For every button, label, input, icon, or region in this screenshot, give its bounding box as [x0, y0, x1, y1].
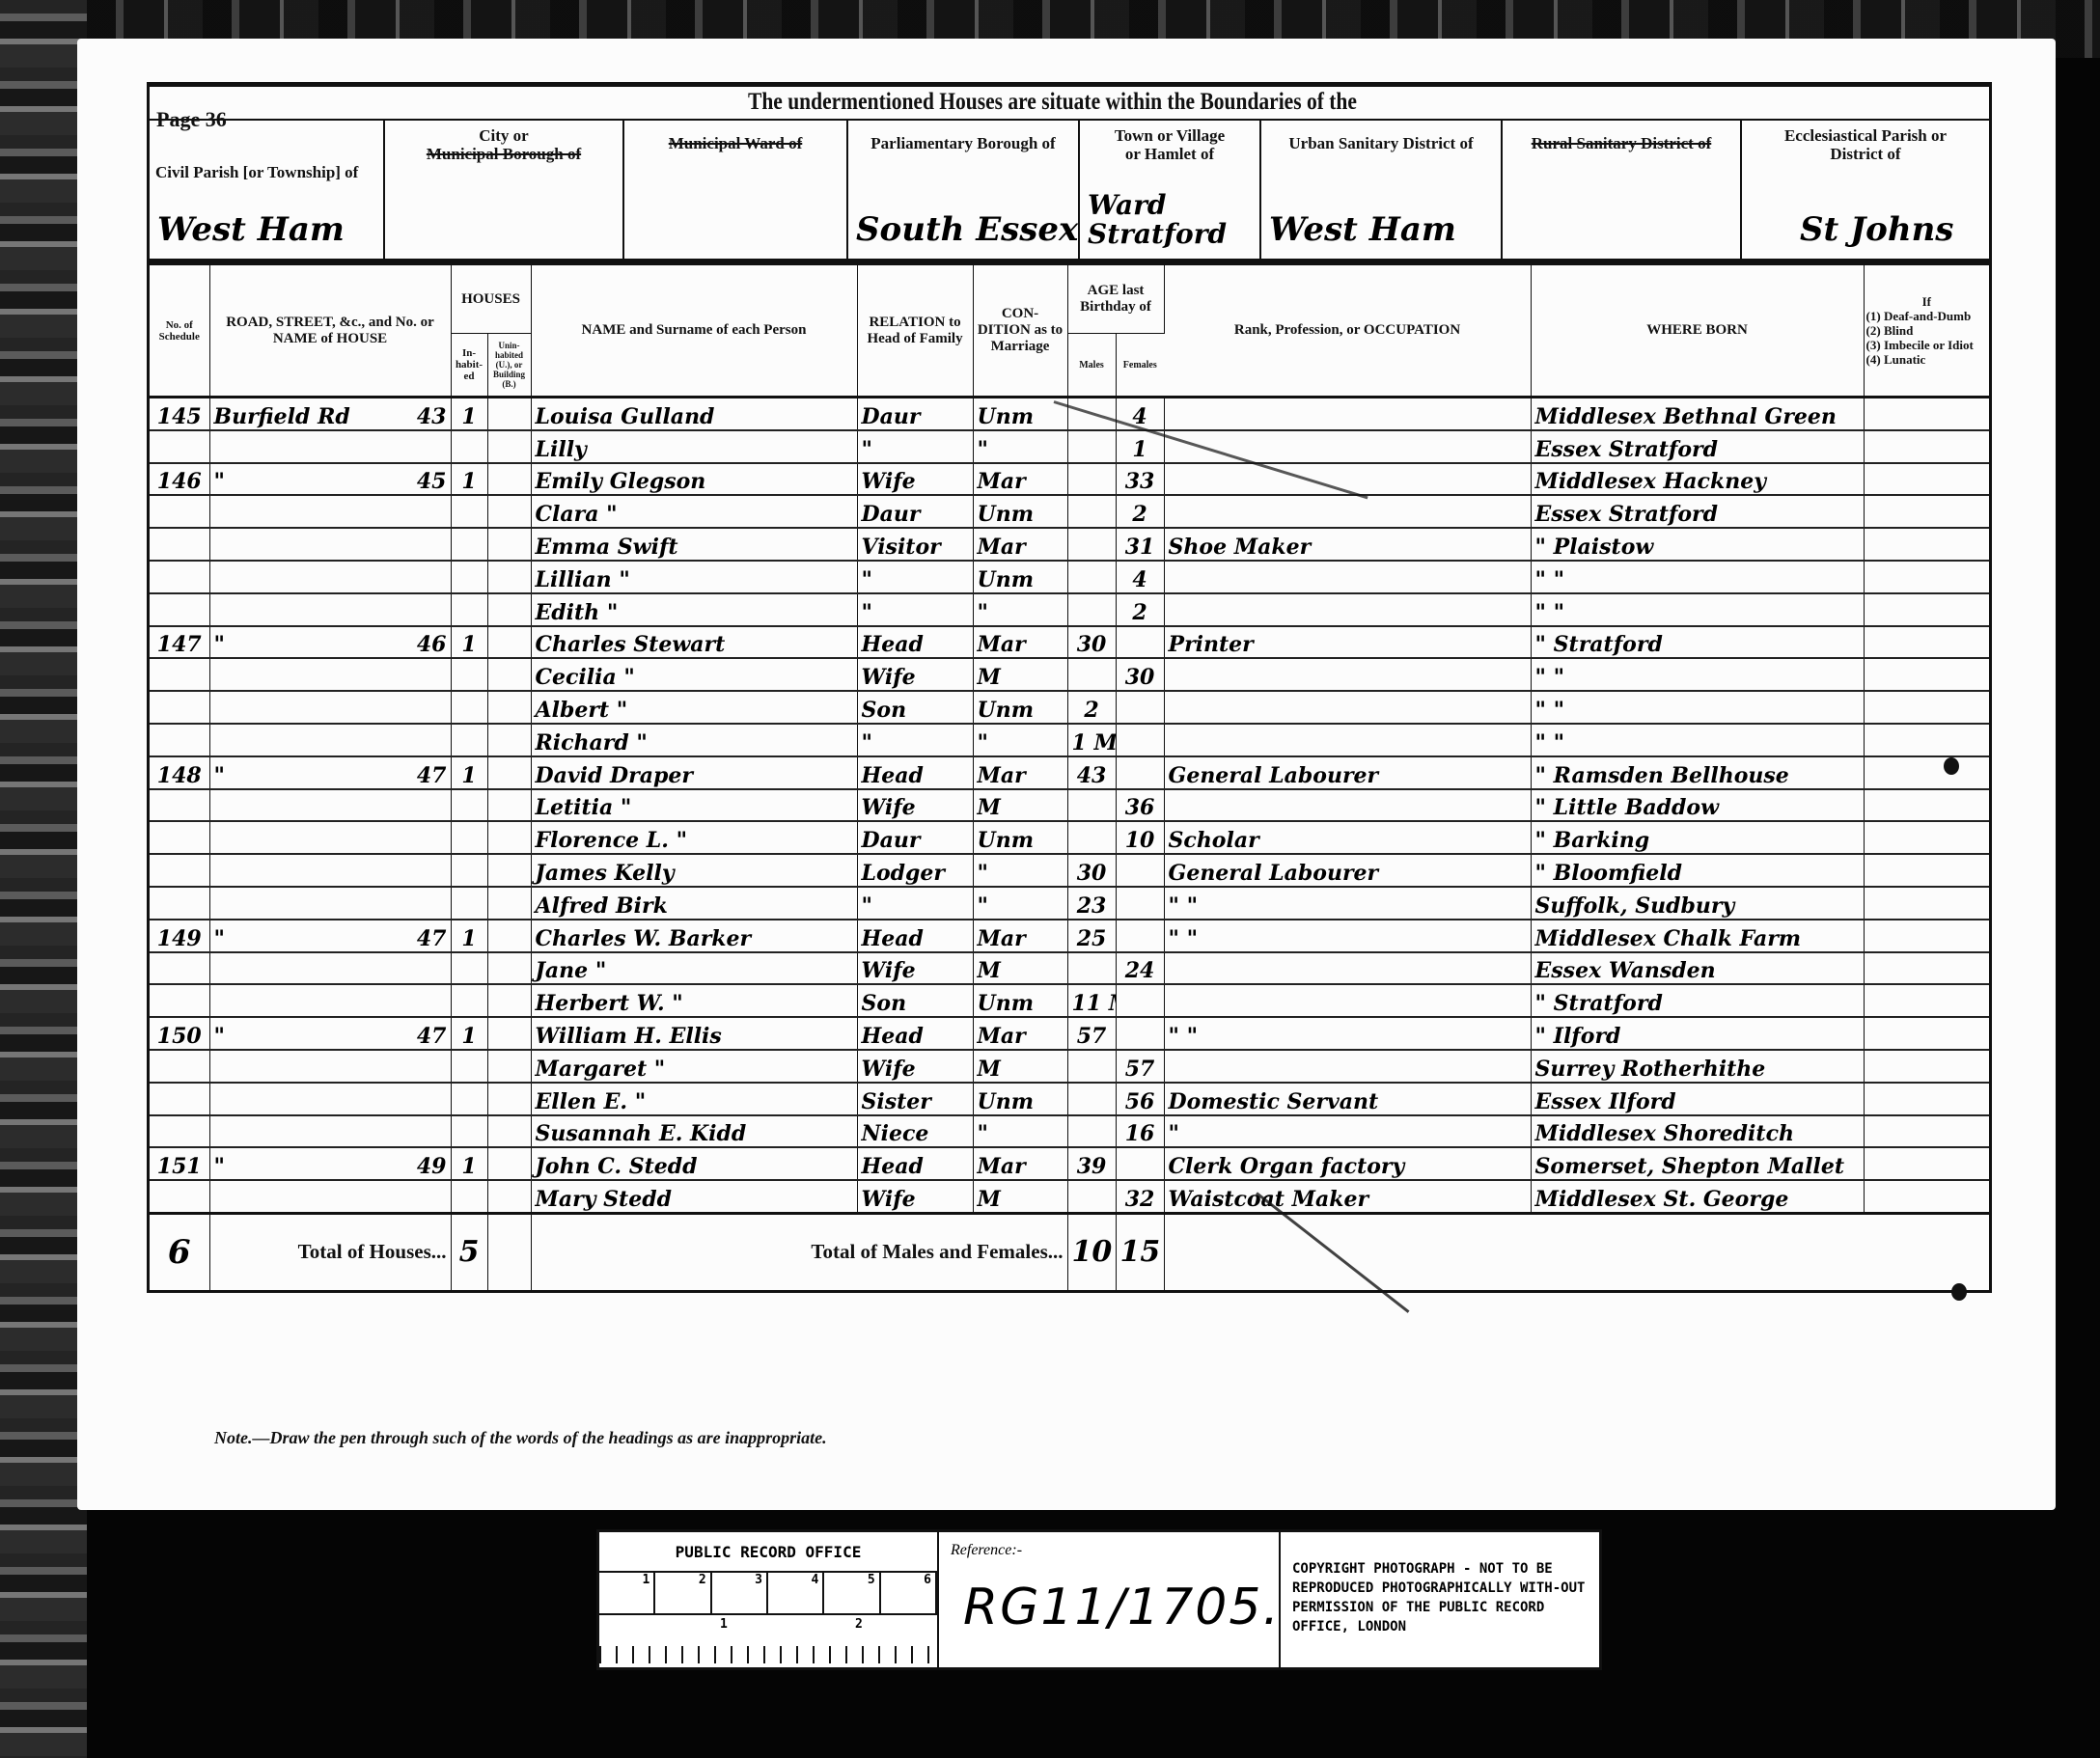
- female-age-cell: 10: [1116, 821, 1164, 854]
- road-name: ": [214, 632, 225, 657]
- male-age-cell: 30: [1067, 854, 1116, 887]
- where-born-cell: " Plaistow: [1531, 528, 1864, 561]
- medical-cell: [1864, 1147, 1989, 1180]
- uninhabited-cell: [487, 821, 531, 854]
- person-name-cell: Emma Swift: [531, 528, 857, 561]
- schedule-no-cell: [150, 952, 209, 985]
- schedule-no-cell: [150, 658, 209, 691]
- female-age-cell: 36: [1116, 789, 1164, 822]
- condition-cell: ": [973, 724, 1067, 756]
- urban-sanitary-value: West Ham: [1269, 210, 1456, 249]
- female-age-cell: [1116, 1147, 1164, 1180]
- schedule-no-cell: [150, 528, 209, 561]
- col-where-born: WHERE BORN: [1531, 265, 1864, 398]
- inhabited-cell: 1: [451, 463, 487, 496]
- uninhabited-cell: [487, 756, 531, 789]
- schedule-no-cell: [150, 430, 209, 463]
- uninhabited-cell: [487, 1147, 531, 1180]
- col-name: NAME and Surname of each Person: [531, 265, 857, 398]
- relation-cell: Wife: [857, 952, 973, 985]
- relation-cell: Visitor: [857, 528, 973, 561]
- boundaries-row: Civil Parish [or Township] of West Ham C…: [147, 119, 1992, 261]
- road-cell: [209, 430, 451, 463]
- schedule-no-cell: [150, 724, 209, 756]
- road-name: ": [214, 763, 225, 788]
- occupation-cell: " ": [1164, 1017, 1531, 1050]
- relation-cell: Niece: [857, 1115, 973, 1148]
- inhabited-cell: 1: [451, 398, 487, 430]
- where-born-cell: " ": [1531, 691, 1864, 724]
- occupation-cell: [1164, 561, 1531, 593]
- table-row: James KellyLodger"30General Labourer" Bl…: [150, 854, 1989, 887]
- medical-cell: [1864, 1017, 1989, 1050]
- inhabited-cell: [451, 495, 487, 528]
- inhabited-cell: [451, 821, 487, 854]
- where-born-cell: " ": [1531, 561, 1864, 593]
- person-name-cell: Mary Stedd: [531, 1180, 857, 1213]
- table-row: 148"471David DraperHeadMar43General Labo…: [150, 756, 1989, 789]
- where-born-cell: Surrey Rotherhithe: [1531, 1050, 1864, 1083]
- male-age-cell: [1067, 1083, 1116, 1115]
- where-born-cell: " Ilford: [1531, 1017, 1864, 1050]
- female-age-cell: [1116, 756, 1164, 789]
- road-cell: [209, 593, 451, 626]
- schedule-no-cell: [150, 561, 209, 593]
- occupation-cell: Shoe Maker: [1164, 528, 1531, 561]
- table-row: 145Burfield Rd431Louisa GullandDaurUnm4M…: [150, 398, 1989, 430]
- person-name-cell: James Kelly: [531, 854, 857, 887]
- uninhabited-cell: [487, 691, 531, 724]
- male-age-cell: [1067, 1115, 1116, 1148]
- person-name-cell: Clara ": [531, 495, 857, 528]
- condition-cell: Mar: [973, 528, 1067, 561]
- condition-cell: Mar: [973, 626, 1067, 659]
- urban-sanitary-cell: Urban Sanitary District of West Ham: [1261, 121, 1503, 259]
- where-born-cell: Middlesex Shoreditch: [1531, 1115, 1864, 1148]
- female-age-cell: 33: [1116, 463, 1164, 496]
- totals-row: 6 Total of Houses... 5 Total of Males an…: [150, 1213, 1989, 1290]
- occupation-cell: [1164, 658, 1531, 691]
- relation-cell: Head: [857, 1147, 973, 1180]
- condition-cell: ": [973, 430, 1067, 463]
- occupation-cell: [1164, 724, 1531, 756]
- medical-cell: [1864, 1180, 1989, 1213]
- person-name-cell: Ellen E. ": [531, 1083, 857, 1115]
- female-age-cell: 24: [1116, 952, 1164, 985]
- schedule-no-cell: [150, 887, 209, 920]
- city-label: City or: [385, 126, 622, 145]
- inhabited-cell: 1: [451, 626, 487, 659]
- medical-cell: [1864, 430, 1989, 463]
- relation-cell: Wife: [857, 1050, 973, 1083]
- female-age-cell: [1116, 691, 1164, 724]
- male-age-cell: 1 Mo: [1067, 724, 1116, 756]
- occupation-cell: [1164, 789, 1531, 822]
- where-born-cell: Suffolk, Sudbury: [1531, 887, 1864, 920]
- occupation-cell: Domestic Servant: [1164, 1083, 1531, 1115]
- female-age-cell: [1116, 887, 1164, 920]
- parliamentary-borough-value: South Essex: [856, 210, 1078, 249]
- rural-sanitary-cell: Rural Sanitary District of: [1503, 121, 1742, 259]
- medical-cell: [1864, 626, 1989, 659]
- uninhabited-cell: [487, 658, 531, 691]
- cm-scale: 1 2 3 4 5 6: [599, 1573, 937, 1615]
- condition-cell: Mar: [973, 1017, 1067, 1050]
- schedule-no-cell: [150, 1050, 209, 1083]
- road-cell: "46: [209, 626, 451, 659]
- medical-cell: [1864, 952, 1989, 985]
- uninhabited-cell: [487, 984, 531, 1017]
- road-cell: "45: [209, 463, 451, 496]
- schedule-no-cell: [150, 1115, 209, 1148]
- medical-cell: [1864, 1050, 1989, 1083]
- male-age-cell: [1067, 593, 1116, 626]
- female-age-cell: 57: [1116, 1050, 1164, 1083]
- town-village-value: Ward Stratford: [1088, 191, 1252, 249]
- condition-cell: ": [973, 854, 1067, 887]
- table-row: 150"471William H. EllisHeadMar57" "" Ilf…: [150, 1017, 1989, 1050]
- male-age-cell: 57: [1067, 1017, 1116, 1050]
- uninhabited-cell: [487, 398, 531, 430]
- uninhabited-cell: [487, 626, 531, 659]
- civil-parish-value: West Ham: [157, 210, 345, 249]
- male-age-cell: [1067, 821, 1116, 854]
- table-row: Jane "WifeM24Essex Wansden: [150, 952, 1989, 985]
- inhabited-cell: 1: [451, 1017, 487, 1050]
- uninhabited-cell: [487, 593, 531, 626]
- uninhabited-cell: [487, 854, 531, 887]
- inhabited-cell: [451, 984, 487, 1017]
- house-number: 47: [417, 763, 447, 788]
- road-name: Burfield Rd: [214, 404, 350, 429]
- inch-scale: 1 2: [599, 1615, 937, 1663]
- medical-cell: [1864, 658, 1989, 691]
- schedule-no-cell: 145: [150, 398, 209, 430]
- uninhabited-cell: [487, 463, 531, 496]
- where-born-cell: Essex Ilford: [1531, 1083, 1864, 1115]
- condition-cell: ": [973, 887, 1067, 920]
- total-schedules: 6: [150, 1213, 209, 1290]
- table-row: Edith """2" ": [150, 593, 1989, 626]
- female-age-cell: [1116, 626, 1164, 659]
- civil-parish-cell: Civil Parish [or Township] of West Ham: [150, 121, 385, 259]
- medical-cell: [1864, 756, 1989, 789]
- medical-cell: [1864, 398, 1989, 430]
- inhabited-cell: [451, 430, 487, 463]
- col-females: Females: [1116, 334, 1164, 398]
- female-age-cell: 56: [1116, 1083, 1164, 1115]
- where-born-cell: " Ramsden Bellhouse: [1531, 756, 1864, 789]
- where-born-cell: Somerset, Shepton Mallet: [1531, 1147, 1864, 1180]
- condition-cell: Mar: [973, 756, 1067, 789]
- road-name: ": [214, 1154, 225, 1179]
- schedule-no-cell: [150, 789, 209, 822]
- female-age-cell: 4: [1116, 398, 1164, 430]
- person-name-cell: Louisa Gulland: [531, 398, 857, 430]
- person-name-cell: Charles Stewart: [531, 626, 857, 659]
- person-name-cell: Florence L. ": [531, 821, 857, 854]
- female-age-cell: [1116, 1017, 1164, 1050]
- condition-cell: Unm: [973, 495, 1067, 528]
- schedule-no-cell: 148: [150, 756, 209, 789]
- person-name-cell: Susannah E. Kidd: [531, 1115, 857, 1148]
- table-row: Cecilia "WifeM30" ": [150, 658, 1989, 691]
- road-cell: "49: [209, 1147, 451, 1180]
- occupation-cell: General Labourer: [1164, 756, 1531, 789]
- occupation-cell: [1164, 430, 1531, 463]
- road-cell: [209, 854, 451, 887]
- municipal-ward-cell: Municipal Ward of: [624, 121, 848, 259]
- ink-blot: [1951, 1283, 1967, 1301]
- relation-cell: ": [857, 430, 973, 463]
- condition-cell: Mar: [973, 920, 1067, 952]
- person-name-cell: Emily Glegson: [531, 463, 857, 496]
- condition-cell: Mar: [973, 463, 1067, 496]
- inhabited-cell: [451, 952, 487, 985]
- uninhabited-cell: [487, 724, 531, 756]
- relation-cell: Wife: [857, 789, 973, 822]
- table-row: Mary SteddWifeM32Waistcoat MakerMiddlese…: [150, 1180, 1989, 1213]
- road-name: ": [214, 1024, 225, 1049]
- where-born-cell: " Bloomfield: [1531, 854, 1864, 887]
- person-name-cell: Cecilia ": [531, 658, 857, 691]
- table-row: Florence L. "DaurUnm10Scholar" Barking: [150, 821, 1989, 854]
- occupation-cell: ": [1164, 1115, 1531, 1148]
- table-row: Herbert W. "SonUnm11 Mo" Stratford: [150, 984, 1989, 1017]
- road-cell: "47: [209, 1017, 451, 1050]
- inhabited-cell: [451, 1083, 487, 1115]
- schedule-no-cell: [150, 593, 209, 626]
- reference-box: Reference:- RG11/1705.: [939, 1532, 1281, 1667]
- condition-cell: ": [973, 593, 1067, 626]
- person-name-cell: Margaret ": [531, 1050, 857, 1083]
- medical-cell: [1864, 528, 1989, 561]
- col-males: Males: [1067, 334, 1116, 398]
- person-name-cell: Letitia ": [531, 789, 857, 822]
- where-born-cell: Essex Stratford: [1531, 430, 1864, 463]
- condition-cell: ": [973, 1115, 1067, 1148]
- uninhabited-cell: [487, 887, 531, 920]
- relation-cell: ": [857, 887, 973, 920]
- city-borough-cell: City or Municipal Borough of: [385, 121, 624, 259]
- condition-cell: Unm: [973, 1083, 1067, 1115]
- relation-cell: Sister: [857, 1083, 973, 1115]
- house-number: 45: [417, 469, 447, 494]
- medical-cell: [1864, 1083, 1989, 1115]
- male-age-cell: 25: [1067, 920, 1116, 952]
- male-age-cell: 30: [1067, 626, 1116, 659]
- road-cell: "47: [209, 756, 451, 789]
- schedule-no-cell: [150, 821, 209, 854]
- female-age-cell: 30: [1116, 658, 1164, 691]
- medical-cell: [1864, 854, 1989, 887]
- where-born-cell: Middlesex Bethnal Green: [1531, 398, 1864, 430]
- schedule-no-cell: [150, 691, 209, 724]
- medical-cell: [1864, 724, 1989, 756]
- uninhabited-cell: [487, 430, 531, 463]
- scanner-edge: [0, 0, 87, 1758]
- schedule-no-cell: 151: [150, 1147, 209, 1180]
- table-row: Margaret "WifeM57Surrey Rotherhithe: [150, 1050, 1989, 1083]
- table-row: Lilly""1Essex Stratford: [150, 430, 1989, 463]
- male-age-cell: 2: [1067, 691, 1116, 724]
- table-row: Alfred Birk""23" "Suffolk, Sudbury: [150, 887, 1989, 920]
- civil-parish-label: Civil Parish [or Township] of: [155, 163, 383, 181]
- record-office-label: PUBLIC RECORD OFFICE 1 2 3 4 5 6 1 2 Ref…: [596, 1529, 1602, 1670]
- house-number: 47: [417, 1024, 447, 1049]
- scale-ruler: PUBLIC RECORD OFFICE 1 2 3 4 5 6 1 2: [599, 1532, 939, 1667]
- inhabited-cell: [451, 593, 487, 626]
- occupation-cell: [1164, 593, 1531, 626]
- relation-cell: Head: [857, 1017, 973, 1050]
- inhabited-cell: [451, 691, 487, 724]
- road-cell: [209, 561, 451, 593]
- uninhabited-cell: [487, 561, 531, 593]
- table-row: 149"471Charles W. BarkerHeadMar25" "Midd…: [150, 920, 1989, 952]
- condition-cell: Unm: [973, 984, 1067, 1017]
- uninhabited-cell: [487, 1017, 531, 1050]
- medical-cell: [1864, 821, 1989, 854]
- where-born-cell: Middlesex Hackney: [1531, 463, 1864, 496]
- female-age-cell: 31: [1116, 528, 1164, 561]
- table-row: Ellen E. "SisterUnm56Domestic ServantEss…: [150, 1083, 1989, 1115]
- house-number: 49: [417, 1154, 447, 1179]
- col-medical: If (1) Deaf-and-Dumb (2) Blind (3) Imbec…: [1864, 265, 1989, 398]
- census-form: The undermentioned Houses are situate wi…: [147, 82, 1992, 1433]
- female-age-cell: 16: [1116, 1115, 1164, 1148]
- ecclesiastical-parish-cell: Ecclesiastical Parish or District of St …: [1742, 121, 1989, 259]
- where-born-cell: Essex Stratford: [1531, 495, 1864, 528]
- road-cell: [209, 658, 451, 691]
- reference-value: RG11/1705.: [963, 1579, 1281, 1636]
- male-age-cell: [1067, 430, 1116, 463]
- male-age-cell: [1067, 561, 1116, 593]
- relation-cell: Wife: [857, 463, 973, 496]
- where-born-cell: " ": [1531, 593, 1864, 626]
- female-age-cell: 4: [1116, 561, 1164, 593]
- col-inhabited: In-habit-ed: [451, 334, 487, 398]
- male-age-cell: 43: [1067, 756, 1116, 789]
- condition-cell: M: [973, 658, 1067, 691]
- road-cell: [209, 1083, 451, 1115]
- medical-cell: [1864, 984, 1989, 1017]
- uninhabited-cell: [487, 952, 531, 985]
- occupation-cell: Clerk Organ factory: [1164, 1147, 1531, 1180]
- road-cell: [209, 984, 451, 1017]
- form-note: Note.—Draw the pen through such of the w…: [214, 1428, 827, 1448]
- col-uninhabited: Unin-habited (U.), or Building (B.): [487, 334, 531, 398]
- col-occupation: Rank, Profession, or OCCUPATION: [1164, 265, 1531, 398]
- inhabited-cell: [451, 658, 487, 691]
- uninhabited-cell: [487, 1115, 531, 1148]
- uninhabited-cell: [487, 789, 531, 822]
- person-name-cell: Lillian ": [531, 561, 857, 593]
- medical-cell: [1864, 1115, 1989, 1148]
- parliamentary-borough-cell: Parliamentary Borough of South Essex: [848, 121, 1080, 259]
- person-name-cell: Alfred Birk: [531, 887, 857, 920]
- uninhabited-cell: [487, 495, 531, 528]
- table-row: Richard """1 Mo" ": [150, 724, 1989, 756]
- schedule-no-cell: [150, 854, 209, 887]
- uninhabited-cell: [487, 528, 531, 561]
- where-born-cell: Essex Wansden: [1531, 952, 1864, 985]
- condition-cell: Unm: [973, 821, 1067, 854]
- occupation-cell: [1164, 1050, 1531, 1083]
- schedule-no-cell: 149: [150, 920, 209, 952]
- occupation-cell: [1164, 398, 1531, 430]
- relation-cell: ": [857, 724, 973, 756]
- female-age-cell: [1116, 920, 1164, 952]
- male-age-cell: 23: [1067, 887, 1116, 920]
- person-name-cell: Herbert W. ": [531, 984, 857, 1017]
- occupation-cell: Waistcoat Maker: [1164, 1180, 1531, 1213]
- schedule-no-cell: [150, 1083, 209, 1115]
- medical-cell: [1864, 691, 1989, 724]
- table-row: Letitia "WifeM36" Little Baddow: [150, 789, 1989, 822]
- where-born-cell: Middlesex Chalk Farm: [1531, 920, 1864, 952]
- road-cell: [209, 724, 451, 756]
- condition-cell: M: [973, 952, 1067, 985]
- occupation-cell: [1164, 984, 1531, 1017]
- municipal-ward-label: Municipal Ward of: [624, 134, 846, 152]
- uninhabited-cell: [487, 920, 531, 952]
- where-born-cell: Middlesex St. George: [1531, 1180, 1864, 1213]
- road-cell: [209, 821, 451, 854]
- condition-cell: M: [973, 1050, 1067, 1083]
- form-title-row: The undermentioned Houses are situate wi…: [147, 82, 1992, 119]
- table-row: Emma SwiftVisitorMar31Shoe Maker" Plaist…: [150, 528, 1989, 561]
- ecclesiastical-parish-label: Ecclesiastical Parish or District of: [1742, 126, 1989, 163]
- occupation-cell: " ": [1164, 920, 1531, 952]
- parliamentary-borough-label: Parliamentary Borough of: [848, 134, 1078, 152]
- relation-cell: ": [857, 593, 973, 626]
- road-cell: "47: [209, 920, 451, 952]
- municipal-borough-label: Municipal Borough of: [385, 145, 622, 163]
- house-number: 47: [417, 926, 447, 951]
- table-row: 147"461Charles StewartHeadMar30Printer" …: [150, 626, 1989, 659]
- person-name-cell: Jane ": [531, 952, 857, 985]
- relation-cell: Head: [857, 756, 973, 789]
- table-row: Lillian ""Unm4" ": [150, 561, 1989, 593]
- medical-cell: [1864, 463, 1989, 496]
- condition-cell: Unm: [973, 561, 1067, 593]
- person-name-cell: Richard ": [531, 724, 857, 756]
- office-name: PUBLIC RECORD OFFICE: [599, 1532, 937, 1573]
- form-title: The undermentioned Houses are situate wi…: [748, 89, 1357, 116]
- inhabited-cell: 1: [451, 756, 487, 789]
- male-age-cell: [1067, 528, 1116, 561]
- total-females: 15: [1116, 1213, 1164, 1290]
- medical-cell: [1864, 789, 1989, 822]
- condition-cell: Unm: [973, 691, 1067, 724]
- schedule-no-cell: [150, 1180, 209, 1213]
- where-born-cell: " Stratford: [1531, 626, 1864, 659]
- male-age-cell: [1067, 789, 1116, 822]
- person-name-cell: Charles W. Barker: [531, 920, 857, 952]
- relation-cell: Daur: [857, 821, 973, 854]
- occupation-cell: [1164, 495, 1531, 528]
- ecclesiastical-parish-value: St Johns: [1800, 210, 1953, 249]
- inhabited-cell: [451, 1115, 487, 1148]
- total-houses-label: Total of Houses...: [209, 1213, 451, 1290]
- inhabited-cell: [451, 887, 487, 920]
- male-age-cell: [1067, 1180, 1116, 1213]
- condition-cell: M: [973, 1180, 1067, 1213]
- road-cell: [209, 952, 451, 985]
- occupation-cell: [1164, 952, 1531, 985]
- uninhabited-cell: [487, 1083, 531, 1115]
- inhabited-cell: 1: [451, 1147, 487, 1180]
